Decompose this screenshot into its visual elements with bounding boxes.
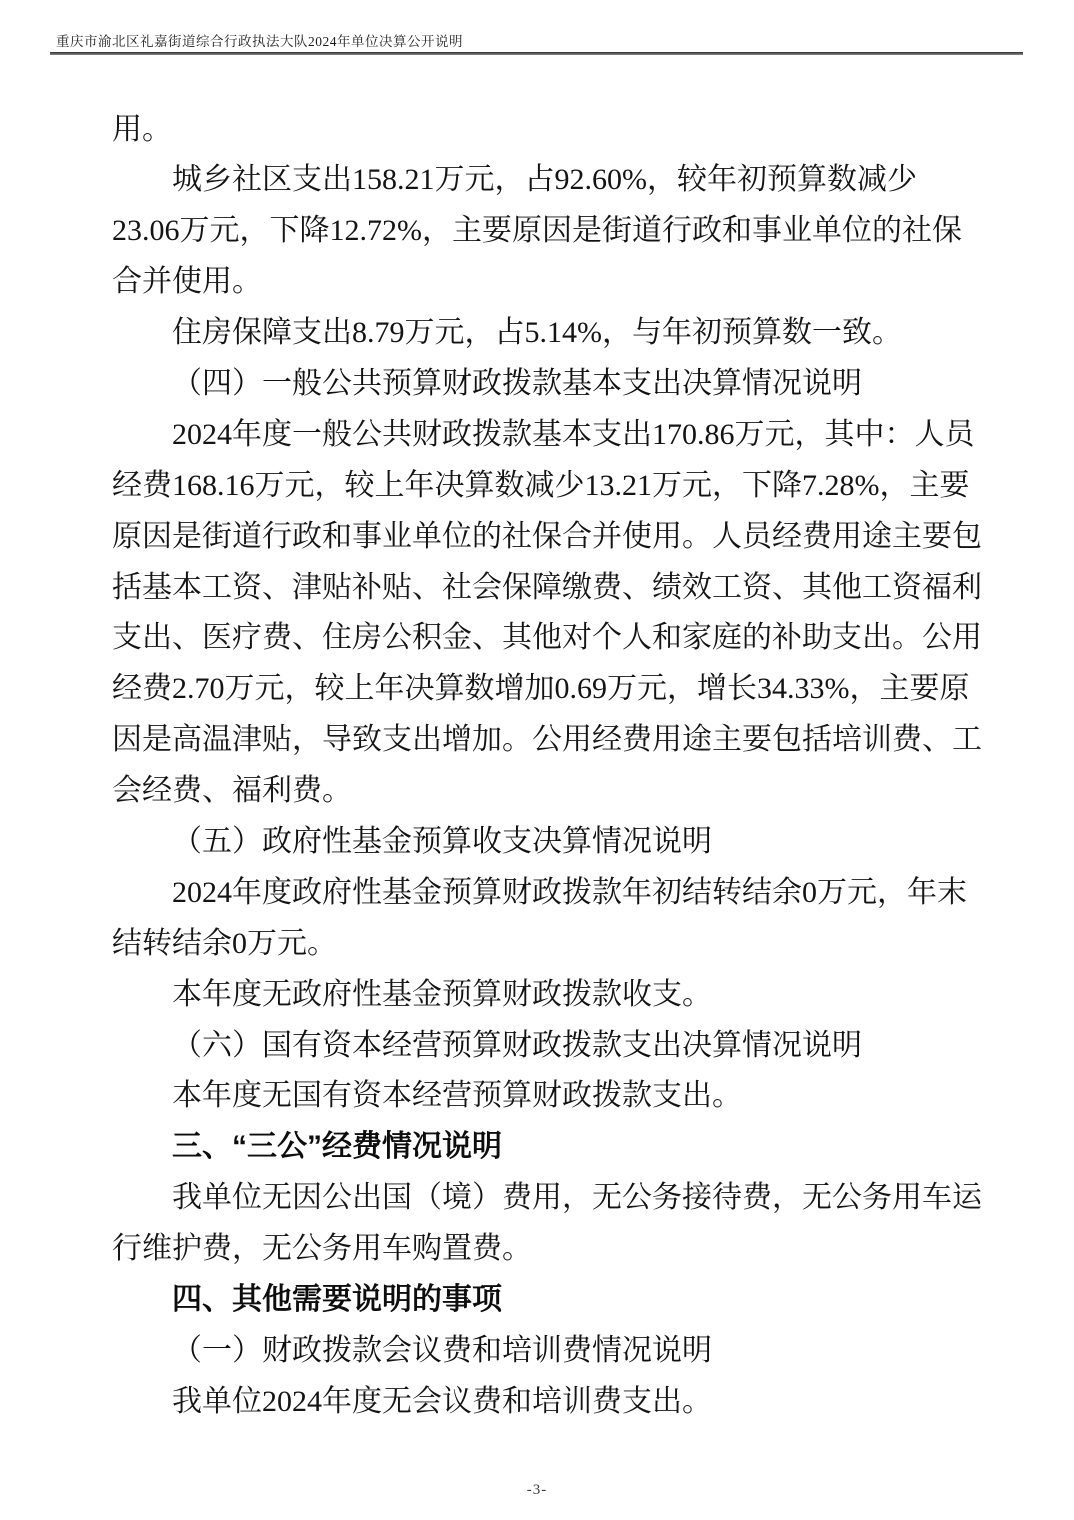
text-line: 经费2.70万元，较上年决算数增加0.69万元，增长34.33%，主要原 (112, 664, 982, 715)
document-page: 重庆市渝北区礼嘉街道综合行政执法大队2024年单位决算公开说明 用。城乡社区支出… (0, 0, 1074, 1520)
text-line: （一）财政拨款会议费和培训费情况说明 (112, 1326, 982, 1377)
text-line: 23.06万元，下降12.72%，主要原因是街道行政和事业单位的社保 (112, 206, 982, 257)
text-line: （四）一般公共预算财政拨款基本支出决算情况说明 (112, 359, 982, 410)
header-title: 重庆市渝北区礼嘉街道综合行政执法大队2024年单位决算公开说明 (56, 30, 463, 50)
text-line: 我单位无因公出国（境）费用，无公务接待费，无公务用车运 (112, 1173, 982, 1224)
text-line: 行维护费，无公务用车购置费。 (112, 1224, 982, 1275)
text-line: 本年度无国有资本经营预算财政拨款支出。 (112, 1071, 982, 1122)
text-line: 括基本工资、津贴补贴、社会保障缴费、绩效工资、其他工资福利 (112, 563, 982, 614)
text-line: 合并使用。 (112, 257, 982, 308)
text-line: 本年度无政府性基金预算财政拨款收支。 (112, 970, 982, 1021)
text-line: 四、其他需要说明的事项 (112, 1275, 982, 1326)
text-line: 用。 (112, 105, 982, 156)
document-body: 用。城乡社区支出158.21万元，占92.60%，较年初预算数减少23.06万元… (112, 105, 982, 1428)
text-line: （五）政府性基金预算收支决算情况说明 (112, 817, 982, 868)
text-line: 我单位2024年度无会议费和培训费支出。 (112, 1377, 982, 1428)
text-line: （六）国有资本经营预算财政拨款支出决算情况说明 (112, 1021, 982, 1072)
text-line: 结转结余0万元。 (112, 919, 982, 970)
text-line: 住房保障支出8.79万元，占5.14%，与年初预算数一致。 (112, 308, 982, 359)
text-line: 城乡社区支出158.21万元，占92.60%，较年初预算数减少 (112, 155, 982, 206)
text-line: 2024年度政府性基金预算财政拨款年初结转结余0万元，年末 (112, 868, 982, 919)
text-line: 因是高温津贴，导致支出增加。公用经费用途主要包括培训费、工 (112, 715, 982, 766)
text-line: 经费168.16万元，较上年决算数减少13.21万元，下降7.28%，主要 (112, 461, 982, 512)
text-line: 支出、医疗费、住房公积金、其他对个人和家庭的补助支出。公用 (112, 613, 982, 664)
page-number: -3- (0, 1482, 1074, 1499)
text-line: 原因是街道行政和事业单位的社保合并使用。人员经费用途主要包 (112, 512, 982, 563)
text-line: 会经费、福利费。 (112, 766, 982, 817)
text-line: 三、“三公”经费情况说明 (112, 1122, 982, 1173)
header-rule (50, 52, 1023, 55)
text-line: 2024年度一般公共财政拨款基本支出170.86万元，其中：人员 (112, 410, 982, 461)
